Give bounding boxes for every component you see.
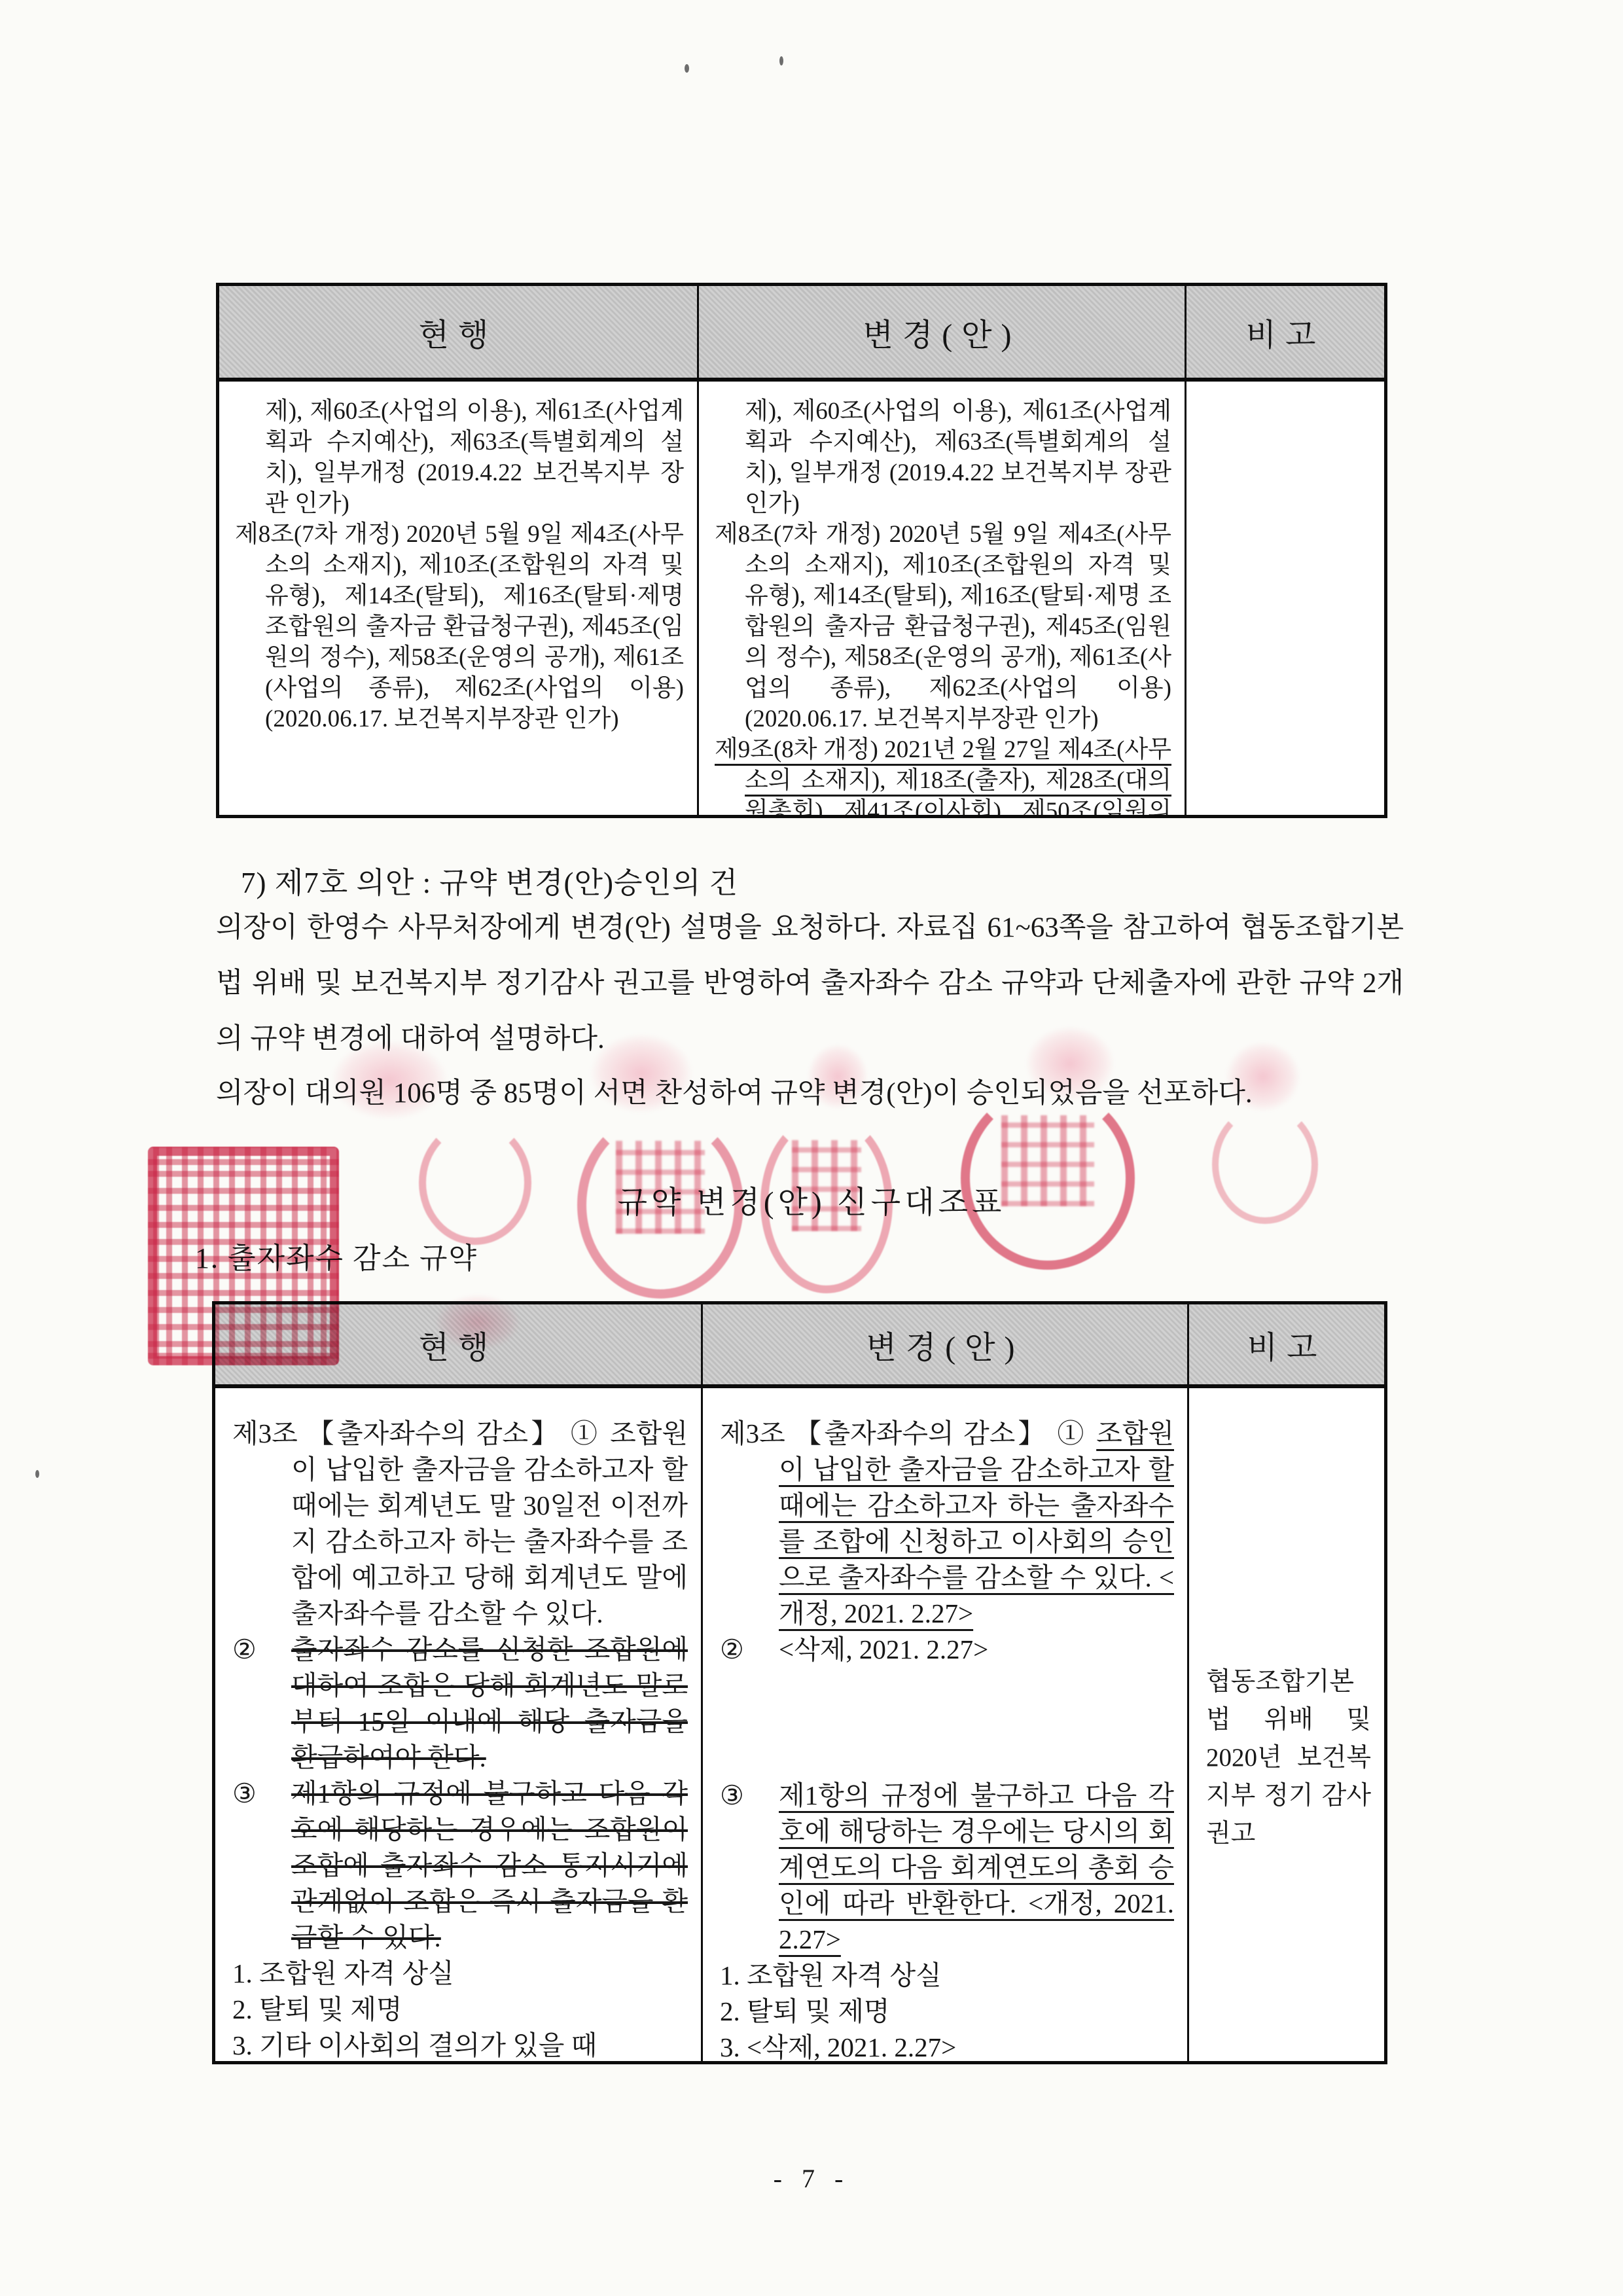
list-item: 2. 탈퇴 및 제명 [720, 1994, 1174, 2030]
list-item: 3. <삭제, 2021. 2.27> [720, 2030, 1174, 2061]
column-header-current: 현행 [215, 1304, 703, 1384]
list-item: 3. 기타 이사회의 결의가 있을 때 [232, 2028, 688, 2061]
item-2-stricken-text: 출자좌수 감소를 신청한 조합원에 대하여 조합은 당해 회계년도 말로부터 1… [291, 1634, 688, 1772]
current-column-cell: 제), 제60조(사업의 이용), 제61조(사업계획과 수지예산), 제63조… [219, 382, 699, 815]
remarks-column-cell [1186, 382, 1384, 815]
item-3-marker: ③ [720, 1778, 779, 1814]
clause-3-item3-deleted: ③제1항의 규정에 불구하고 다음 각호에 해당하는 경우에는 조합원이 조합에… [232, 1776, 688, 1956]
amendment-history-table: 현행 변경(안) 비고 제), 제60조(사업의 이용), 제61조(사업계획과… [216, 283, 1387, 818]
proposed-column-cell: 제), 제60조(사업의 이용), 제61조(사업계획과 수지예산), 제63조… [699, 382, 1186, 815]
column-header-proposed: 변경(안) [703, 1304, 1189, 1384]
minutes-paragraph-1: 의장이 한영수 사무처장에게 변경(안) 설명을 요청하다. 자료집 61~63… [216, 900, 1404, 1067]
clause-3-current: 제3조 【출자좌수의 감소】 ① 조합원이 납입한 출자금을 감소하고자 할 때… [232, 1416, 688, 1632]
proposed-column-cell: 제3조 【출자좌수의 감소】 ① 조합원이 납입한 출자금을 감소하고자 할 때… [703, 1388, 1189, 2061]
list-item: 1. 조합원 자격 상실 [720, 1958, 1174, 1994]
item-2-deleted-note: ②<삭제, 2021. 2.27> [720, 1632, 1174, 1668]
clause-3-prefix: 제3조 【출자좌수의 감소】 ① [720, 1418, 1096, 1448]
current-column-cell: 제3조 【출자좌수의 감소】 ① 조합원이 납입한 출자금을 감소하고자 할 때… [215, 1388, 703, 2061]
item-2-marker: ② [232, 1632, 291, 1668]
clause-3-proposed: 제3조 【출자좌수의 감소】 ① 조합원이 납입한 출자금을 감소하고자 할 때… [720, 1416, 1174, 1632]
page-number: - 7 - [0, 2163, 1623, 2194]
table-body-row: 제3조 【출자좌수의 감소】 ① 조합원이 납입한 출자금을 감소하고자 할 때… [215, 1388, 1384, 2061]
item-3-amended-text: 제1항의 규정에 불구하고 다음 각호에 해당하는 경우에는 당시의 회계연도의… [779, 1780, 1174, 1954]
scan-speck [35, 1470, 39, 1478]
item-3-stricken-text: 제1항의 규정에 불구하고 다음 각호에 해당하는 경우에는 조합원이 조합에 … [291, 1778, 688, 1952]
column-header-proposed: 변경(안) [699, 286, 1186, 378]
table-header-row: 현행 변경(안) 비고 [215, 1304, 1384, 1388]
column-header-remarks: 비고 [1186, 286, 1384, 378]
minutes-paragraph-2: 의장이 대의원 106명 중 85명이 서면 찬성하여 규약 변경(안)이 승인… [216, 1066, 1404, 1121]
comparison-table-title: 규약 변경(안) 신구대조표 [0, 1178, 1623, 1222]
clause-3-item3-proposed: ③제1항의 규정에 불구하고 다음 각호에 해당하는 경우에는 당시의 회계연도… [720, 1778, 1174, 1958]
clause-9-history-added: 제9조(8차 개정) 2021년 2월 27일 제4조(사무소의 소재지), 제… [715, 736, 1171, 815]
item-2-note-text: <삭제, 2021. 2.27> [779, 1634, 988, 1664]
scan-speck [685, 64, 689, 73]
clause-8-history: 제8조(7차 개정) 2020년 5월 9일 제4조(사무소의 소재지), 제1… [235, 519, 684, 734]
clause-8-history: 제8조(7차 개정) 2020년 5월 9일 제4조(사무소의 소재지), 제1… [715, 519, 1171, 734]
document-page: 현행 변경(안) 비고 제), 제60조(사업의 이용), 제61조(사업계획과… [0, 0, 1623, 2296]
agenda-item-7-heading: 7) 제7호 의안 : 규약 변경(안)승인의 건 [241, 859, 1406, 901]
list-item: 2. 탈퇴 및 제명 [232, 1992, 688, 2028]
column-header-current: 현행 [219, 286, 699, 378]
item-2-marker: ② [720, 1632, 779, 1668]
carryover-clause: 제), 제60조(사업의 이용), 제61조(사업계획과 수지예산), 제63조… [235, 396, 684, 519]
table-body-row: 제), 제60조(사업의 이용), 제61조(사업계획과 수지예산), 제63조… [219, 382, 1384, 815]
column-header-remarks: 비고 [1189, 1304, 1384, 1384]
remarks-note: 협동조합기본법 위배 및 2020년 보건복지부 정기 감사 권고 [1206, 1663, 1371, 1853]
table-header-row: 현행 변경(안) 비고 [219, 286, 1384, 382]
list-item: 1. 조합원 자격 상실 [232, 1956, 688, 1992]
clause-3-amended-text: 조합원이 납입한 출자금을 감소하고자 할 때에는 감소하고자 하는 출자좌수를… [779, 1418, 1174, 1628]
scan-speck [779, 56, 783, 65]
item-3-marker: ③ [232, 1776, 291, 1812]
rule-comparison-table: 현행 변경(안) 비고 제3조 【출자좌수의 감소】 ① 조합원이 납입한 출자… [212, 1301, 1387, 2064]
comparison-subtitle: 1. 출자좌수 감소 규약 [195, 1234, 478, 1276]
clause-3-item2-deleted: ②출자좌수 감소를 신청한 조합원에 대하여 조합은 당해 회계년도 말로부터 … [232, 1632, 688, 1776]
carryover-clause: 제), 제60조(사업의 이용), 제61조(사업계획과 수지예산), 제63조… [715, 396, 1171, 519]
remarks-column-cell: 협동조합기본법 위배 및 2020년 보건복지부 정기 감사 권고 [1189, 1388, 1384, 2061]
